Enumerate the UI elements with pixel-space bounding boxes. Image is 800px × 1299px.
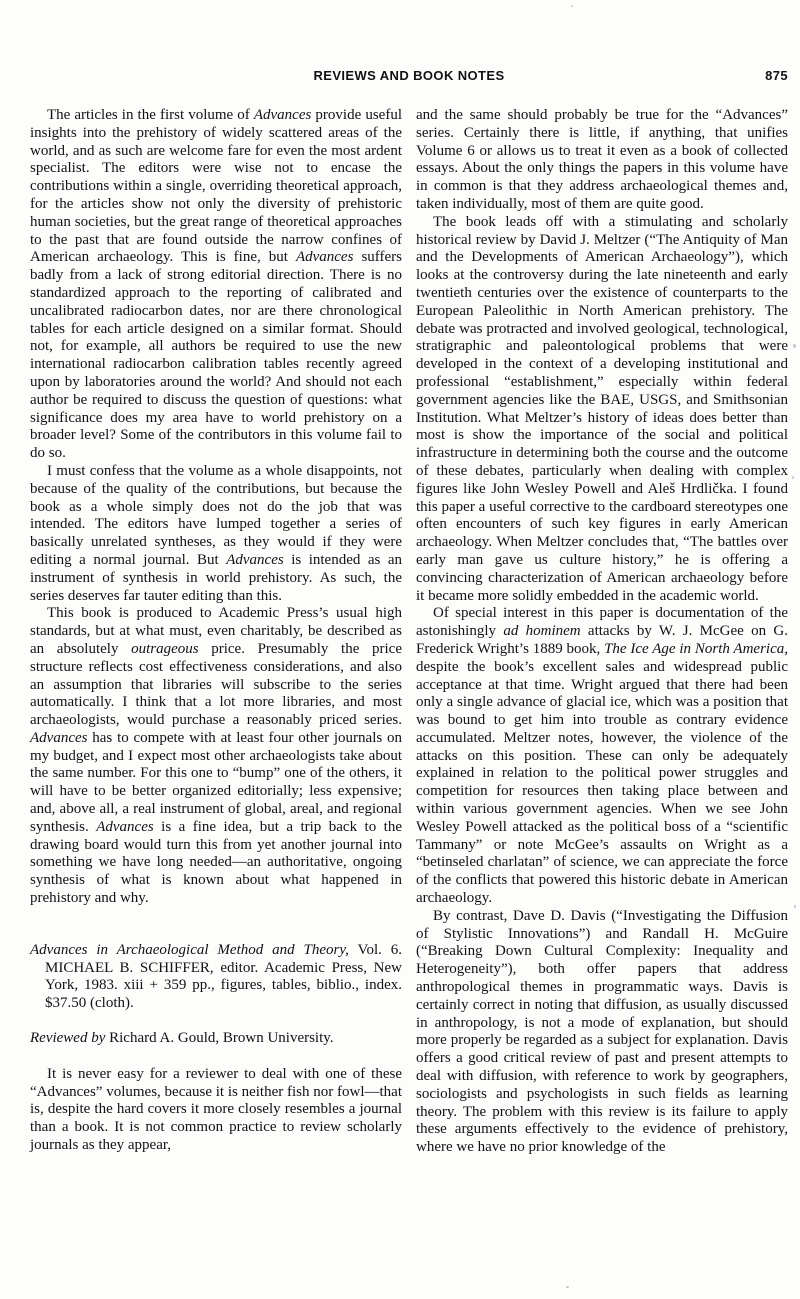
book-citation: Advances in Archaeological Method and Th… (30, 942, 402, 1013)
italic-text: Reviewed by (30, 1030, 105, 1046)
paragraph: and the same should probably be true for… (416, 107, 788, 214)
paragraph: The book leads off with a stimulating an… (416, 214, 788, 606)
running-head: REVIEWS AND BOOK NOTES (313, 68, 504, 83)
paragraph: Of special interest in this paper is doc… (416, 605, 788, 908)
italic-text: Advances (30, 730, 87, 746)
text-run: It is never easy for a reviewer to deal … (30, 1066, 402, 1153)
scan-speck (566, 1286, 569, 1288)
paragraph: I must confess that the volume as a whol… (30, 463, 402, 605)
text-run: The articles in the first volume of (47, 107, 254, 123)
text-run: suffers badly from a lack of strong edit… (30, 249, 402, 461)
italic-text: Advances (296, 249, 353, 265)
italic-text: Advances (226, 552, 283, 568)
text-run: and the same should probably be true for… (416, 107, 788, 212)
scan-speck (792, 476, 794, 479)
text-run: By contrast, Dave D. Davis (“Investigati… (416, 908, 788, 1155)
text-run: provide useful insights into the prehist… (30, 107, 402, 265)
scan-speck (794, 905, 796, 908)
paragraph: It is never easy for a reviewer to deal … (30, 1066, 402, 1155)
paragraph: By contrast, Dave D. Davis (“Investigati… (416, 908, 788, 1157)
italic-text: Advances in Archaeological Method and Th… (30, 942, 349, 958)
italic-text: ad hominem (503, 623, 580, 639)
italic-text: The Ice Age in North America, (604, 641, 788, 657)
italic-text: Advances (254, 107, 311, 123)
page-number: 875 (765, 67, 788, 85)
italic-text: outrageous (131, 641, 199, 657)
journal-page: REVIEWS AND BOOK NOTES 875 The articles … (0, 0, 800, 1299)
text-run: despite the book’s excellent sales and w… (416, 659, 788, 906)
right-column: and the same should probably be true for… (416, 107, 788, 1157)
italic-text: Advances (96, 819, 153, 835)
text-columns: The articles in the first volume of Adva… (30, 107, 788, 1157)
text-run: Richard A. Gould, Brown University. (105, 1030, 333, 1046)
scan-speck (793, 344, 796, 348)
paragraph: The articles in the first volume of Adva… (30, 107, 402, 463)
text-run: The book leads off with a stimulating an… (416, 214, 788, 604)
scan-speck (571, 5, 573, 7)
page-header: REVIEWS AND BOOK NOTES 875 (30, 67, 788, 83)
paragraph: This book is produced to Academic Press’… (30, 605, 402, 908)
reviewer-byline: Reviewed by Richard A. Gould, Brown Univ… (30, 1030, 402, 1048)
left-column: The articles in the first volume of Adva… (30, 107, 402, 1157)
